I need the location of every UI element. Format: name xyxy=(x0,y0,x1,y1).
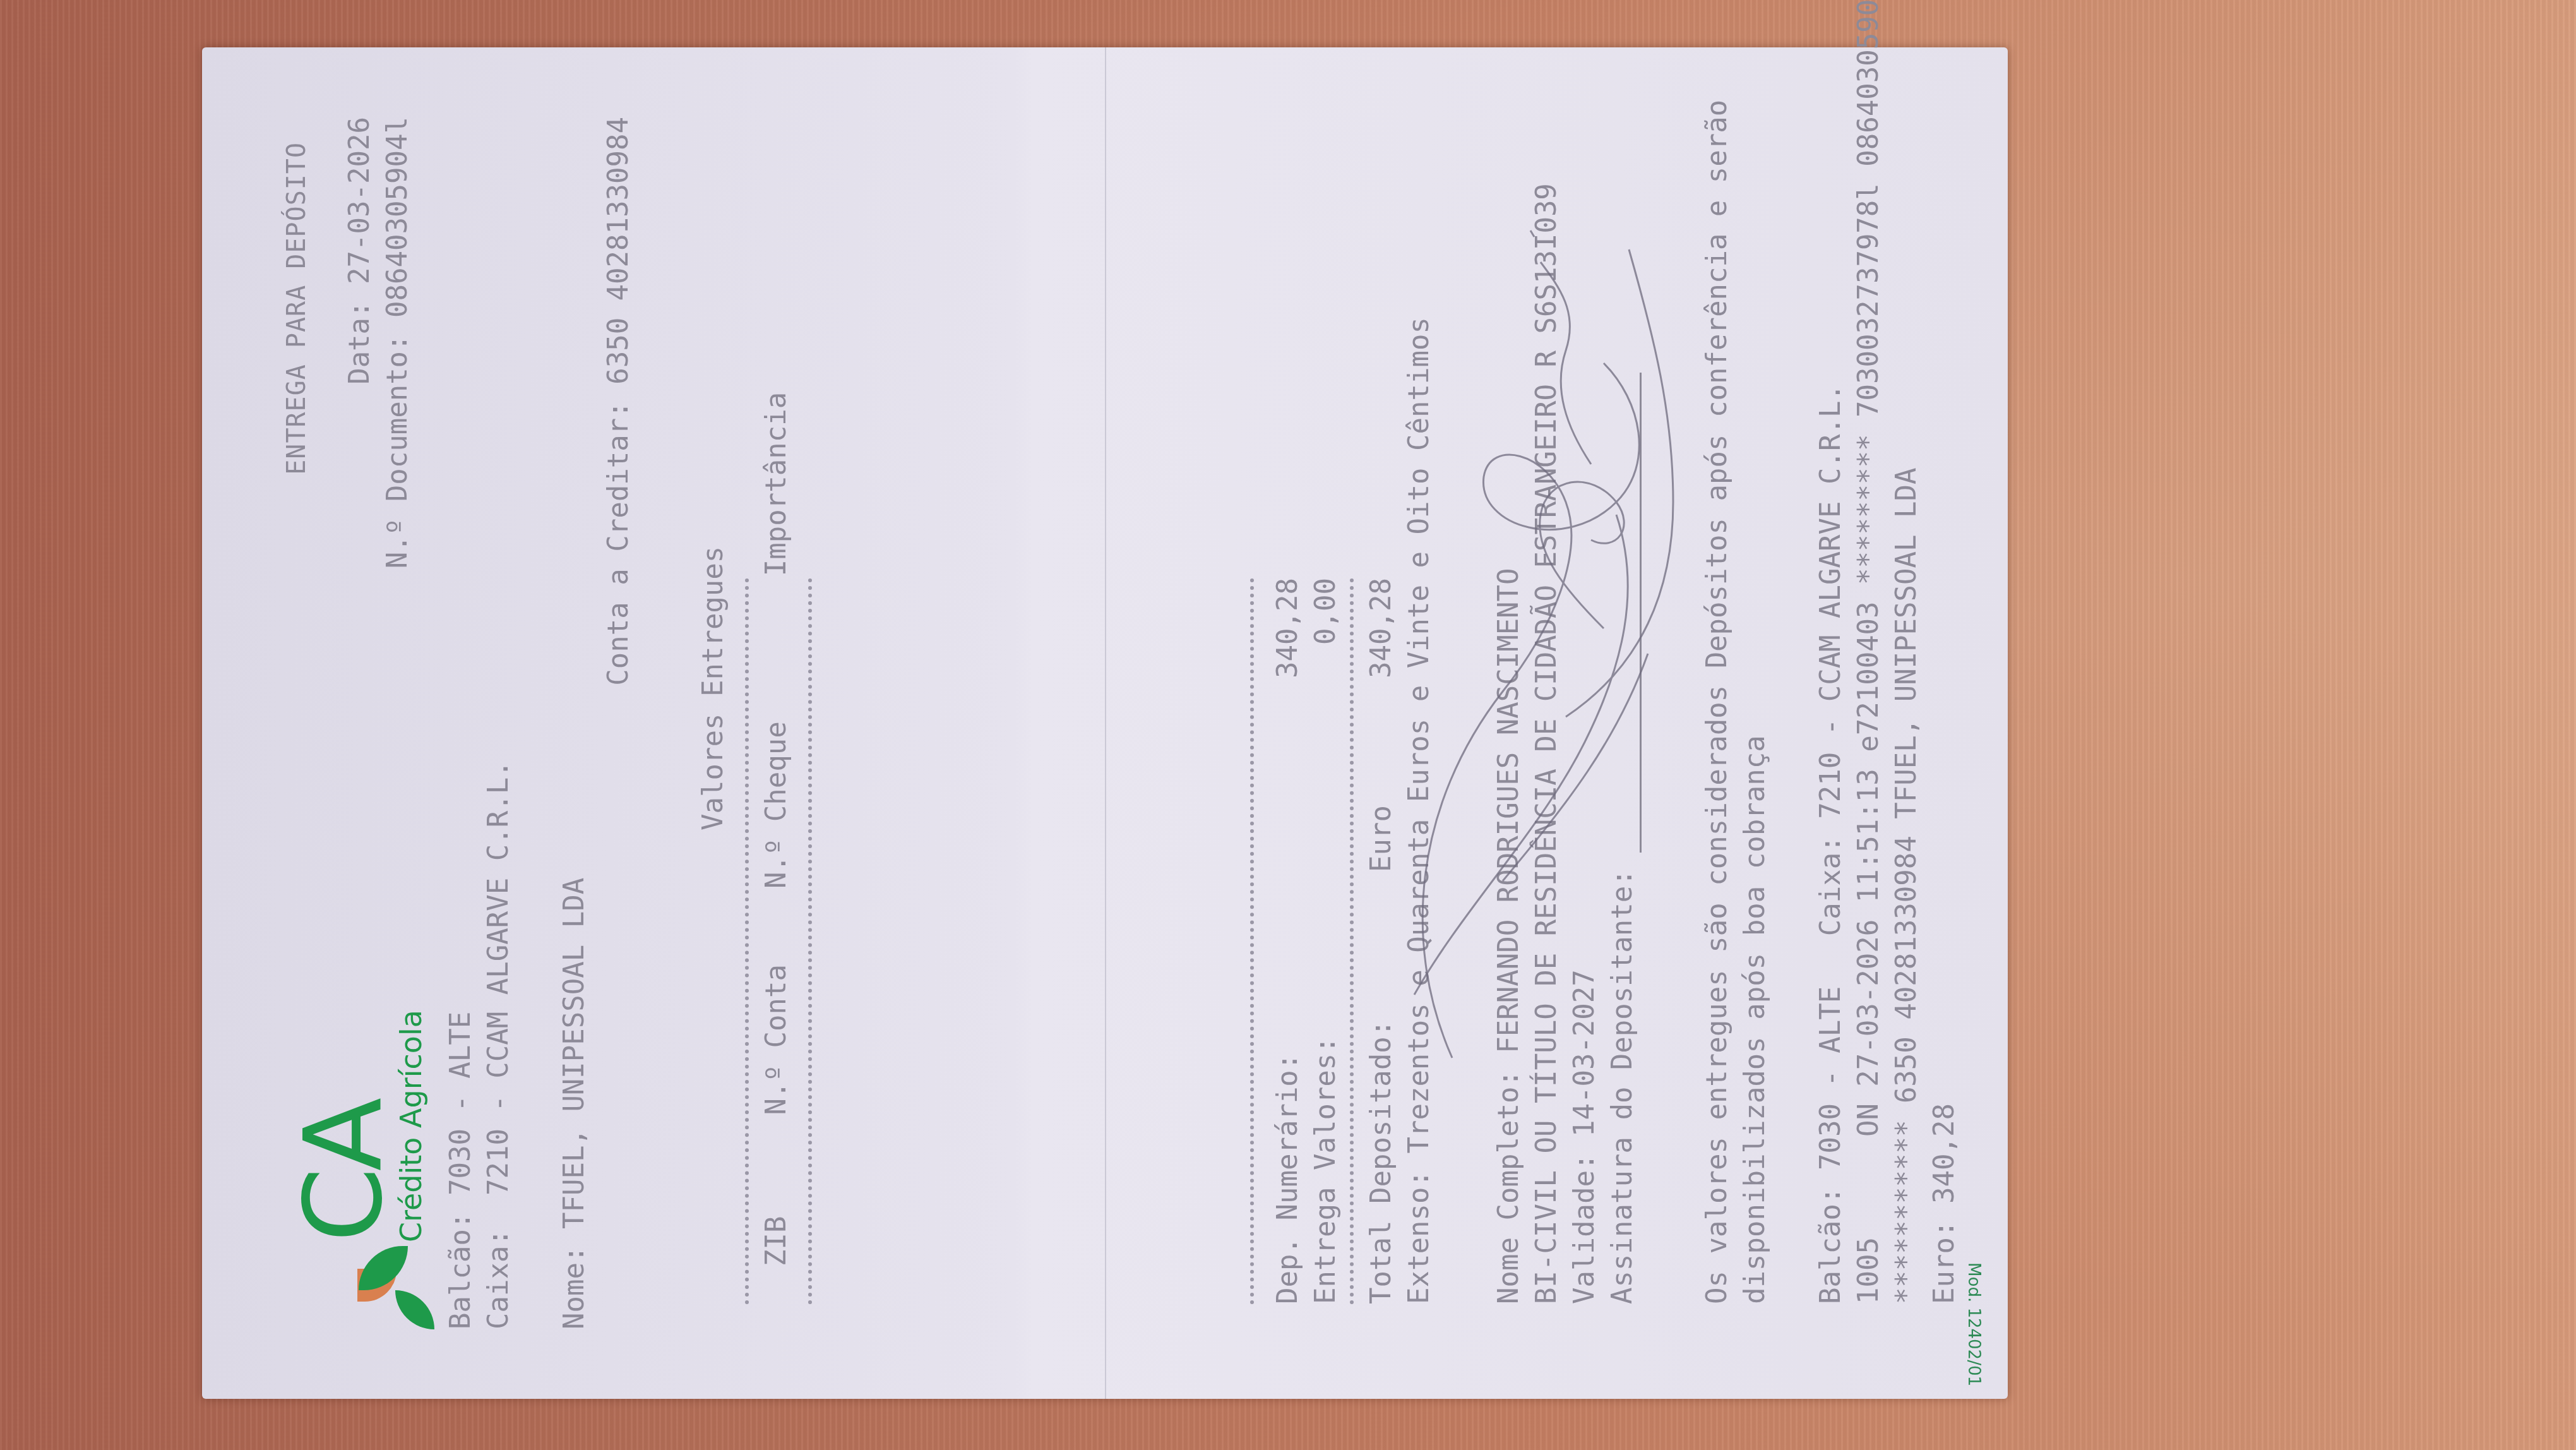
col-amount: Importância xyxy=(758,392,796,576)
date-value: 27-03-2026 xyxy=(343,117,376,284)
dotted-divider xyxy=(745,578,749,1304)
full-name-label: Nome Completo: xyxy=(1493,1070,1525,1304)
validation-footer: Balcão: 7030 - ALTE Caixa: 7210 - CCAM A… xyxy=(1812,73,1964,1304)
values-label: Entrega Valores: xyxy=(1307,1036,1345,1304)
doc-number-label: N.º Documento: xyxy=(381,334,414,568)
form-code: Mod. 12402/01 xyxy=(1955,1262,1993,1386)
col-zib: ZIB xyxy=(758,1216,796,1266)
footer-line-2: 1005 ON 27-03-2026 11:51:13 e72100403 **… xyxy=(1850,73,1888,1304)
totals-section: Dep. Numerário:340,28 Entrega Valores:0,… xyxy=(1269,104,1438,1304)
dotted-divider xyxy=(1250,578,1254,1304)
footer-line-4: Euro: 340,28 xyxy=(1926,73,1964,1304)
credit-account: Conta a Creditar: 6350 40281330984 xyxy=(600,117,638,686)
cashier-label: Caixa: xyxy=(482,1229,515,1329)
validity-value: 14-03-2027 xyxy=(1568,969,1601,1137)
branch-info: Balcão: 7030 - ALTE Caixa: 7210 - CCAM A… xyxy=(442,760,518,1329)
cash-label: Dep. Numerário: xyxy=(1269,1053,1307,1304)
paper-fold xyxy=(1105,47,1106,1399)
leaf-logo-icon xyxy=(357,1254,427,1329)
cashier-value: 7210 - CCAM ALGARVE C.R.L. xyxy=(482,760,515,1195)
col-cheque-number: N.º Cheque xyxy=(758,721,796,889)
footer-line-3: *********** 6350 40281330984 TFUEL, UNIP… xyxy=(1888,73,1926,1304)
id-number: R S6S13I039 xyxy=(1530,183,1563,367)
id-label: BI-CIVIL OU TÍTULO DE RESIDÊNCIA DE CIDA… xyxy=(1530,384,1563,1304)
deposit-notice: Os valores entregues são considerados De… xyxy=(1698,104,1774,1304)
values-delivered-title: Valores Entregues xyxy=(695,546,732,830)
receipt-title: ENTREGA PARA DEPÓSITO xyxy=(278,142,316,475)
account-value: 6350 40281330984 xyxy=(602,117,635,385)
branch-label: Balcão: xyxy=(444,1213,477,1329)
footer-line-1: Balcão: 7030 - ALTE Caixa: 7210 - CCAM A… xyxy=(1812,73,1850,1304)
signature-label: Assinatura do Depositante: xyxy=(1606,869,1638,1304)
date-label: Data: xyxy=(343,301,376,384)
bank-name: Crédito Agrícola xyxy=(395,1010,427,1242)
total-label: Total Depositado: xyxy=(1363,1020,1400,1304)
doc-number-value: 08640305904l xyxy=(381,117,414,318)
name-value: TFUEL, UNIPESSOAL LDA xyxy=(558,878,590,1229)
notice-line-1: Os valores entregues são considerados De… xyxy=(1698,104,1736,1304)
values-amount: 0,00 xyxy=(1307,578,1345,717)
deposit-receipt-paper: CA Crédito Agrícola ENTREGA PARA DEPÓSIT… xyxy=(202,47,2008,1399)
date-block: Data: 27-03-2026 N.º Documento: 08640305… xyxy=(341,117,417,568)
account-label: Conta a Creditar: xyxy=(602,401,635,685)
full-name-value: FERNANDO RODRIGUES NASCIMENTO xyxy=(1493,568,1525,1053)
depositor-identity: Nome Completo: FERNANDO RODRIGUES NASCIM… xyxy=(1490,104,1642,1304)
receipt-photo: CA Crédito Agrícola ENTREGA PARA DEPÓSIT… xyxy=(202,47,2008,1399)
dotted-divider xyxy=(808,578,812,1304)
name-label: Nome: xyxy=(558,1246,590,1329)
in-words-value: Trezentos e Quarenta Euros e Vinte e Oit… xyxy=(1403,317,1435,1154)
branch-value: 7030 - ALTE xyxy=(444,1012,477,1195)
notice-line-2: disponibilizados após boa cobrança xyxy=(1736,104,1774,1304)
account-holder: Nome: TFUEL, UNIPESSOAL LDA xyxy=(556,878,593,1329)
validity-label: Validade: xyxy=(1568,1154,1601,1304)
logo-letters: CA xyxy=(297,1010,391,1242)
bank-logo: CA Crédito Agrícola xyxy=(297,1010,427,1329)
dotted-divider xyxy=(1350,578,1354,1304)
currency: Euro xyxy=(1363,805,1400,872)
col-account-number: N.º Conta xyxy=(758,964,796,1115)
total-amount: 340,28 xyxy=(1363,578,1400,717)
signature-field xyxy=(1612,373,1642,853)
values-table-header: ZIB N.º Conta N.º Cheque Importância xyxy=(758,392,796,1266)
in-words-label: Extenso: xyxy=(1403,1170,1435,1304)
cash-amount: 340,28 xyxy=(1269,578,1307,717)
